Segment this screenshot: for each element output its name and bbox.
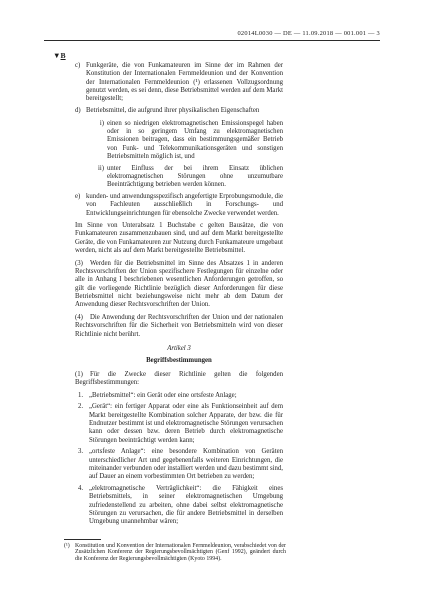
footnote-section: (¹) Konstitution und Konvention der Inte…: [64, 539, 286, 563]
paragraph-text: Für die Zwecke dieser Richtlinie gelten …: [75, 371, 283, 386]
definition-text: „elektromagnetische Verträglichkeit“: di…: [89, 485, 283, 525]
definition-number: 3.: [78, 448, 83, 456]
article-number-heading: Artikel 3: [75, 345, 283, 353]
definition-number: 4.: [78, 485, 83, 493]
definition-text: „Betriebsmittel“: ein Gerät oder eine or…: [89, 392, 237, 399]
list-item-c: c) Funkgeräte, die von Funkamateuren im …: [75, 62, 283, 103]
list-item-text: Betriebsmittel, die aufgrund ihrer physi…: [86, 107, 259, 114]
paragraph-unterabsatz: Im Sinne von Unterabsatz 1 Buchstabe c g…: [75, 222, 283, 255]
list-item-label: d): [75, 107, 81, 115]
sub-item-i: i) einen so niedrigen elektromagnetische…: [96, 120, 283, 161]
document-body: c) Funkgeräte, die von Funkamateuren im …: [75, 62, 283, 530]
definition-number: 2.: [78, 403, 83, 411]
list-item-label: c): [75, 62, 80, 70]
list-item-e: e) kunden- und anwendungsspezifisch ange…: [75, 193, 283, 218]
paragraph-3: (3)Werden für die Betriebsmittel im Sinn…: [75, 260, 283, 310]
footnote-marker: (¹): [64, 543, 70, 550]
change-marker-triangle-icon: ▼: [53, 51, 61, 60]
sub-item-label: ii): [92, 165, 104, 173]
page-header: 02014L0030 — DE — 11.09.2018 — 001.001 —…: [44, 30, 380, 41]
change-marker-letter: B: [61, 51, 66, 60]
definition-number: 1.: [78, 392, 83, 400]
paragraph-text: Im Sinne von Unterabsatz 1 Buchstabe c g…: [75, 222, 283, 254]
sub-item-text: einen so niedrigen elektromagnetischen E…: [107, 120, 283, 160]
definition-text: „Gerät“: ein fertiger Apparat oder eine …: [89, 403, 283, 443]
definition-3: 3. „ortsfeste Anlage“: eine besondere Ko…: [75, 448, 283, 481]
paragraph-text: Die Anwendung der Rechtsvorschriften der…: [75, 314, 283, 338]
document-page: 02014L0030 — DE — 11.09.2018 — 001.001 —…: [0, 0, 424, 600]
change-marker-b: ▼B: [53, 51, 66, 60]
list-item-text: Funkgeräte, die von Funkamateuren im Sin…: [86, 62, 283, 102]
definition-2: 2. „Gerät“: ein fertiger Apparat oder ei…: [75, 403, 283, 444]
paragraph-number: (1): [75, 371, 83, 378]
definition-text: „ortsfeste Anlage“: eine besondere Kombi…: [89, 448, 283, 480]
list-item-d: d) Betriebsmittel, die aufgrund ihrer ph…: [75, 107, 283, 115]
footnote-text: Konstitution und Konvention der Internat…: [75, 543, 286, 563]
definition-1: 1. „Betriebsmittel“: ein Gerät oder eine…: [75, 392, 283, 400]
list-item-label: e): [75, 193, 80, 201]
sub-item-label: i): [92, 120, 104, 128]
document-reference: 02014L0030 — DE — 11.09.2018 — 001.001 —…: [237, 30, 380, 37]
article-title-heading: Begriffsbestimmungen: [75, 357, 283, 365]
paragraph-number: (4): [75, 314, 83, 321]
footnote-separator: [64, 539, 101, 540]
paragraph-1: (1)Für die Zwecke dieser Richtlinie gelt…: [75, 371, 283, 388]
list-item-text: kunden- und anwendungsspezifisch angefer…: [86, 193, 283, 217]
footnote-1: (¹) Konstitution und Konvention der Inte…: [64, 543, 286, 564]
paragraph-4: (4)Die Anwendung der Rechtsvorschriften …: [75, 314, 283, 339]
definition-4: 4. „elektromagnetische Verträglichkeit“:…: [75, 485, 283, 526]
sub-item-text: unter Einfluss der bei ihrem Einsatz übl…: [107, 165, 283, 189]
sub-item-ii: ii) unter Einfluss der bei ihrem Einsatz…: [96, 165, 283, 190]
paragraph-number: (3): [75, 260, 83, 267]
paragraph-text: Werden für die Betriebsmittel im Sinne d…: [75, 260, 283, 308]
